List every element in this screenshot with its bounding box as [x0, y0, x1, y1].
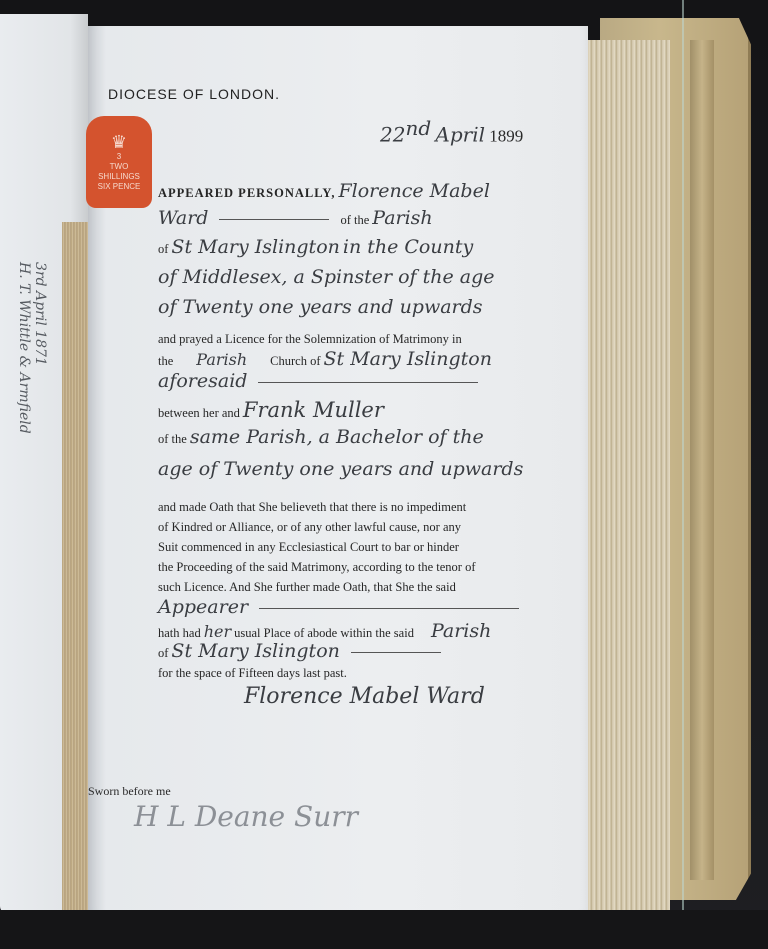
text-line: of Middlesex, a Spinster of the age [158, 266, 495, 288]
printed-text: hath had [158, 626, 201, 640]
printed-text: of Kindred or Alliance, or of any other … [158, 520, 461, 534]
handwritten-text: her [204, 622, 231, 641]
handwritten-text: St Mary Islington [171, 640, 339, 662]
text-line: of St Mary Islington in the County [158, 236, 473, 258]
text-line: of the same Parish, a Bachelor of the [158, 426, 484, 448]
text-line: such Licence. And She further made Oath,… [158, 580, 456, 595]
cover-inner-edge [690, 40, 714, 880]
sworn-before-label: Sworn before me [88, 784, 171, 799]
printed-text: between her and [158, 406, 240, 420]
bottom-shadow [0, 910, 768, 949]
text-line: for the space of Fifteen days last past. [158, 666, 347, 681]
text-line: aforesaid [158, 370, 486, 392]
printed-text: and made Oath that She believeth that th… [158, 500, 466, 514]
handwritten-text: same Parish, a Bachelor of the [190, 426, 484, 448]
margin-note-line: H. T. Whittle & Armfield [16, 262, 32, 434]
handwritten-text: Appearer [158, 596, 248, 618]
commissioner-signature: H L Deane Surr [134, 800, 358, 833]
printed-text: Church of [270, 354, 320, 368]
printed-text: of the [340, 213, 369, 227]
stamp-numeral: 3 [86, 152, 152, 161]
handwritten-text: aforesaid [158, 370, 247, 392]
handwritten-text: of Twenty one years and upwards [158, 296, 483, 318]
printed-text: of [158, 646, 168, 660]
printed-text: usual Place of abode within the said [234, 626, 414, 640]
handwritten-text: age of Twenty one years and upwards [158, 458, 523, 480]
crown-icon: ♛ [86, 133, 152, 151]
margin-note-line: 3rd April 1871 [32, 262, 48, 434]
text-line: between her and Frank Muller [158, 398, 384, 422]
stamp-text: SIX PENCE [86, 182, 152, 191]
text-line: the Parish Church of St Mary Islington [158, 348, 492, 370]
diocese-header: DIOCESE OF LONDON. [108, 86, 280, 102]
printed-text: for the space of Fifteen days last past. [158, 666, 347, 680]
printed-text: the Proceeding of the said Matrimony, ac… [158, 560, 476, 574]
handwritten-text: Parish [431, 620, 491, 642]
text-line: of Kindred or Alliance, or of any other … [158, 520, 461, 535]
text-line: Appearer [158, 596, 527, 618]
text-line: the Proceeding of the said Matrimony, ac… [158, 560, 476, 575]
handwritten-text: Parish [372, 207, 432, 229]
handwritten-text: St Mary Islington [324, 348, 492, 370]
text-line: of Twenty one years and upwards [158, 296, 483, 318]
document-date: 22nd April 1899 [380, 116, 523, 147]
handwritten-text: St Mary Islington [171, 236, 339, 258]
text-line: and made Oath that She believeth that th… [158, 500, 466, 515]
printed-text: such Licence. And She further made Oath,… [158, 580, 456, 594]
text-line: age of Twenty one years and upwards [158, 458, 523, 480]
printed-text: and prayed a Licence for the Solemnizati… [158, 332, 462, 346]
handwritten-text: Parish [196, 350, 247, 369]
printed-text: of [158, 242, 168, 256]
date-month: April [435, 123, 485, 147]
handwritten-name: Frank Muller [243, 398, 384, 422]
printed-text: the [158, 354, 173, 368]
appearer-signature: Florence Mabel Ward [244, 684, 485, 709]
printed-text: APPEARED PERSONALLY, [158, 186, 335, 200]
text-line: Suit commenced in any Ecclesiastical Cou… [158, 540, 459, 555]
printed-text: of the [158, 432, 187, 446]
handwritten-text: of Middlesex, a Spinster of the age [158, 266, 495, 288]
handwritten-text: Ward [158, 207, 208, 229]
date-year: 1899 [489, 127, 523, 146]
stamp-text: SHILLINGS [86, 172, 152, 181]
revenue-stamp: ♛ 3 TWO SHILLINGS SIX PENCE [86, 116, 152, 208]
text-line: APPEARED PERSONALLY, Florence Mabel [158, 180, 490, 202]
text-line: of St Mary Islington [158, 640, 449, 662]
book-page-edges [578, 40, 670, 924]
handwritten-text: in the County [343, 236, 473, 258]
left-page-edges [62, 222, 88, 912]
date-day: 22 [380, 123, 405, 147]
glass-reflection [682, 0, 684, 949]
left-page-margin-note: 3rd April 1871 H. T. Whittle & Armfield [16, 262, 48, 434]
printed-text: Suit commenced in any Ecclesiastical Cou… [158, 540, 459, 554]
text-line: Ward of the Parish [158, 207, 433, 229]
text-line: hath had her usual Place of abode within… [158, 620, 491, 642]
stamp-text: TWO [86, 162, 152, 171]
handwritten-name: Florence Mabel [338, 180, 489, 202]
text-line: and prayed a Licence for the Solemnizati… [158, 332, 462, 347]
date-suffix: nd [405, 116, 431, 140]
